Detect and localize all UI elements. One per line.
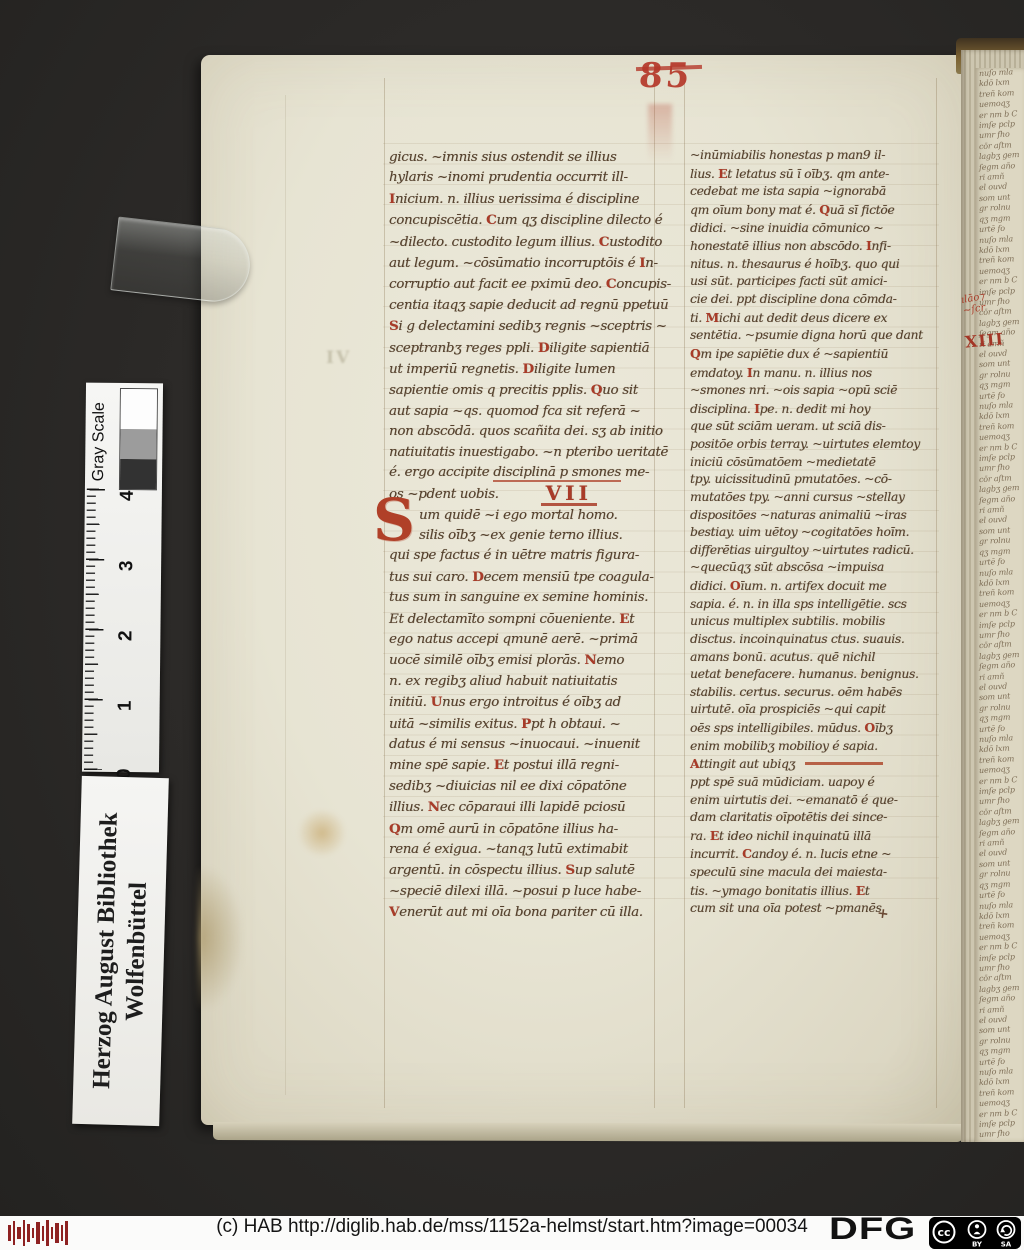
patch-gray	[120, 429, 156, 459]
manuscript-line: iniciū cōsūmatōem ~medietatē	[690, 454, 937, 472]
manuscript-line: aut sapia ~qs. quomod fca sit referā ~	[389, 402, 657, 422]
manuscript-line: ppt spē suā mūdiciam. uapoy é	[690, 774, 937, 792]
edge-stain	[198, 868, 242, 1008]
manuscript-line: Qm ipe sapiētie dux é ~sapientiū	[690, 345, 937, 364]
manuscript-line: honestatē illius non abscōdo. Infi-	[690, 237, 937, 256]
manuscript-line: Si g delectamini sedibʒ regnis ~sceptris…	[389, 316, 657, 337]
manuscript-line: ego natus accepi qmunē aerē. ~primā	[389, 630, 657, 650]
manuscript-line: tis. ~ymago bonitatis illius. Et	[690, 882, 937, 901]
manuscript-line: aut legum. ~cōsūmatio incorruptōis é In-	[389, 253, 657, 274]
manuscript-line: nitus. n. thesaurus é hoībʒ. quo qui	[690, 256, 937, 274]
manuscript-line: usi sūt. participes facti sūt amici-	[690, 273, 937, 291]
manuscript-line: ti. Michi aut dedit deus dicere ex	[690, 309, 937, 328]
manuscript-column-left: S gicus. ~imnis sius ostendit se illiush…	[389, 148, 657, 924]
manuscript-line: positōe orbis terray. ~uirtutes elemtoy	[690, 436, 937, 454]
manuscript-line: ~dilecto. custodito legum illius. Custod…	[389, 232, 657, 253]
svg-text:BY: BY	[972, 1241, 983, 1249]
manuscript-line: é. ergo accipite disciplinā p smones me-	[389, 463, 657, 483]
manuscript-line: stabilis. certus. securus. oēm habēs	[690, 684, 937, 702]
manuscript-line: gicus. ~imnis sius ostendit se illius	[389, 148, 657, 168]
manuscript-line: didici. Oīum. n. artifex docuit me	[690, 577, 937, 596]
under-page-edge	[213, 1122, 963, 1142]
ruler-number: 3	[116, 549, 138, 571]
manuscript-line: um quidē ~i ego mortal homo.	[389, 506, 657, 526]
next-folio-number: XIII	[964, 329, 1004, 351]
rubricated-drop-cap: S	[373, 492, 415, 548]
gray-scale-label: Gray Scale	[90, 386, 113, 498]
manuscript-line: ~speciē dilexi illā. ~posui p luce habe-	[389, 882, 657, 902]
manuscript-line: disctus. incoinquinatus ctus. suauis.	[690, 631, 937, 649]
manuscript-line: bestiay. uim uētoy ~cogitatōes hoīm.	[690, 524, 937, 542]
ruler-ticks: 4 3 2 1 0	[82, 489, 162, 772]
manuscript-line: emdatoy. In manu. n. illius nos	[690, 364, 937, 383]
patch-white	[121, 389, 157, 429]
manuscript-line: dam claritatis oīpotētis dei since-	[690, 809, 937, 827]
manuscript-line: que sūt sciām ueram. ut sciā dis-	[690, 418, 937, 436]
manuscript-line: datus é mi sensus ~inuocaui. ~inuenit	[389, 735, 657, 755]
manuscript-line: qui spe factus é in uētre matris figura-	[389, 546, 657, 566]
ruler-major-ticks	[84, 489, 105, 770]
manuscript-line: ~smones nri. ~ois sapia ~opū sciē	[690, 382, 937, 400]
manuscript-line: centia itaqʒ sapie deducit ad regnū ppet…	[389, 296, 657, 316]
manuscript-line: sentētia. ~psumie digna horū que dant	[690, 327, 937, 345]
ruler-number: 0	[114, 757, 136, 779]
manuscript-line: rena é exigua. ~tanqʒ lutū extimabit	[389, 840, 657, 860]
dfg-logo: DFG	[829, 1213, 916, 1246]
manuscript-line: concupiscētia. Cum qʒ discipline dilecto…	[389, 210, 657, 231]
cc-license-badge: cc BY SA	[929, 1217, 1021, 1249]
svg-text:SA: SA	[1001, 1241, 1012, 1249]
parchment-stain	[296, 810, 348, 856]
manuscript-line: uocē similē oībʒ emisi plorās. Nemo	[389, 650, 657, 671]
gray-scale-patch	[119, 388, 158, 490]
manuscript-line: sceptranbʒ reges ppli. Diligite sapienti…	[389, 338, 657, 359]
manuscript-line: uirtutē. oīa prospiciēs ~qui capit	[690, 701, 937, 719]
manuscript-line: cum sit una oīa potest ~pmanēs	[690, 900, 937, 918]
manuscript-line: sapia. é. n. in illa sps intelligētie. s…	[690, 596, 937, 614]
manuscript-line: argentū. in cōspectu illius. Sup salutē	[389, 860, 657, 881]
folio-number: 85	[638, 56, 694, 96]
library-label: Herzog August Bibliothek Wolfenbüttel	[72, 776, 169, 1126]
library-name-line1: Herzog August Bibliothek	[86, 812, 125, 1089]
manuscript-line: Attingit aut ubiqʒ	[690, 755, 937, 774]
manuscript-line: tpy. uicissitudinū pmutatōes. ~cō-	[690, 471, 937, 489]
manuscript-line: tus sui caro. Decem mensiū tpe coagula-	[389, 567, 657, 588]
manuscript-line: ~inūmiabilis honestas p man9 il-	[690, 147, 937, 165]
manuscript-line: uetat benefacere. humanus. benignus.	[690, 666, 937, 684]
book-fore-edge: nuſo mlakdō lxmtreñ komuemoqʒer nm b Cim…	[961, 50, 1024, 1142]
manuscript-line: speculū sine macula dei maiesta-	[690, 864, 937, 882]
manuscript-line: natiuitatis inuestigabo. ~n pteribo ueri…	[389, 443, 657, 463]
manuscript-line: hylaris ~inomi prudentia occurrit ill-	[389, 168, 657, 188]
next-page-scribble: ılāo⁊ ~ſcr	[960, 291, 987, 317]
manuscript-line: illius. Nec cōparaui illi lapidē pciosū	[389, 797, 657, 818]
manuscript-line: mutatōes tpy. ~anni cursus ~stellay	[690, 489, 937, 507]
manuscript-line: differētias uirgultoy ~uirtutes radicū.	[690, 542, 937, 560]
manuscript-line: oēs sps intelligibiles. mūdus. Oībʒ	[690, 719, 937, 738]
manuscript-line: corruptio aut facit ee pximū deo. Concup…	[389, 274, 657, 295]
manuscript-line: enim mobilibʒ mobilioy é sapia.	[690, 738, 937, 756]
manuscript-line: didici. ~sine inuidia cōmunico ~	[690, 220, 937, 238]
next-page-edge: nuſo mlakdō lxmtreñ komuemoqʒer nm b Cim…	[975, 68, 1024, 1142]
photo-background: nuſo mlakdō lxmtreñ komuemoqʒer nm b Cim…	[0, 0, 1024, 1250]
manuscript-line: enim uirtutis dei. ~emanatō é que-	[690, 792, 937, 810]
manuscript-line: ~quecūqʒ sūt abscōsa ~impuisa	[690, 559, 937, 577]
manuscript-line: sedibʒ ~diuicias nil ee dixi cōpatōne	[389, 777, 657, 797]
manuscript-line: os ~pdent uobis.VII	[389, 484, 657, 506]
fold-line	[285, 95, 286, 1095]
manuscript-line: dispositōes ~naturas animaliū ~iras	[690, 507, 937, 525]
manuscript-line: mine spē sapie. Et postui illā regni-	[389, 755, 657, 776]
next-page-text-fragment: umr fho	[975, 1128, 1024, 1141]
manuscript-line: tus sum in sanguine ex semine hominis.	[389, 588, 657, 608]
ruler-number: 4	[117, 479, 139, 501]
manuscript-line: silis oībʒ ~ex genie terno illius.	[389, 526, 657, 546]
svg-text:cc: cc	[937, 1226, 950, 1239]
manuscript-line: disciplina. Ipe. n. dedit mi hoy	[690, 400, 937, 419]
manuscript-line: ra. Et ideo nichil inquinatū illā	[690, 827, 937, 846]
manuscript-line: n. ex regibʒ aliud habuit natiuitatis	[389, 672, 657, 692]
manuscript-line: qm oīum bony mat é. Quā sī fictōe	[690, 201, 937, 220]
scribal-cross-mark: +	[876, 905, 890, 922]
manuscript-line: Inicium. n. illius uerissima é disciplin…	[389, 189, 657, 210]
manuscript-column-right: + ~inūmiabilis honestas p man9 il-lius. …	[690, 147, 937, 918]
manuscript-line: uitā ~similis exitus. Ppt h obtaui. ~	[389, 714, 657, 735]
library-name-line2: Wolfenbüttel	[119, 882, 154, 1022]
footer-bar: (c) HAB http://diglib.hab.de/mss/1152a-h…	[0, 1216, 1024, 1250]
manuscript-line: sapientie omis q precitis pplis. Quo sit	[389, 380, 657, 401]
manuscript-line: unicus multiplex subtilis. mobilis	[690, 613, 937, 631]
manuscript-line: ut imperiū regnetis. Diligite lumen	[389, 359, 657, 380]
manuscript-line: Et delectamīto sompni cōueniente. Et	[389, 609, 657, 630]
manuscript-line: lius. Et letatus sū ī oībʒ. qm ante-	[690, 165, 937, 184]
gray-scale-card: Gray Scale 4 3 2 1 0	[82, 383, 163, 773]
manuscript-line: incurrit. Candoy é. n. lucis etne ~	[690, 845, 937, 864]
show-through-mark: IV	[326, 348, 351, 368]
manuscript-line: initiū. Unus ergo introitus é oībʒ ad	[389, 692, 657, 713]
ruler-number: 2	[115, 619, 137, 641]
manuscript-line: cie dei. ppt discipline dona cōmda-	[690, 291, 937, 309]
ruler-number: 1	[115, 689, 137, 711]
manuscript-line: Qm omē aurū in cōpatōne illius ha-	[389, 819, 657, 840]
manuscript-line: Venerūt aut mi oīa bona pariter cū illa.	[389, 902, 657, 923]
manuscript-line: cedebat me ista sapia ~ignorabā	[690, 183, 937, 201]
manuscript-line: amans bonū. acutus. quē nichil	[690, 649, 937, 667]
manuscript-line: non abscōdā. quos scañita dei. sʒ ab ini…	[389, 422, 657, 442]
